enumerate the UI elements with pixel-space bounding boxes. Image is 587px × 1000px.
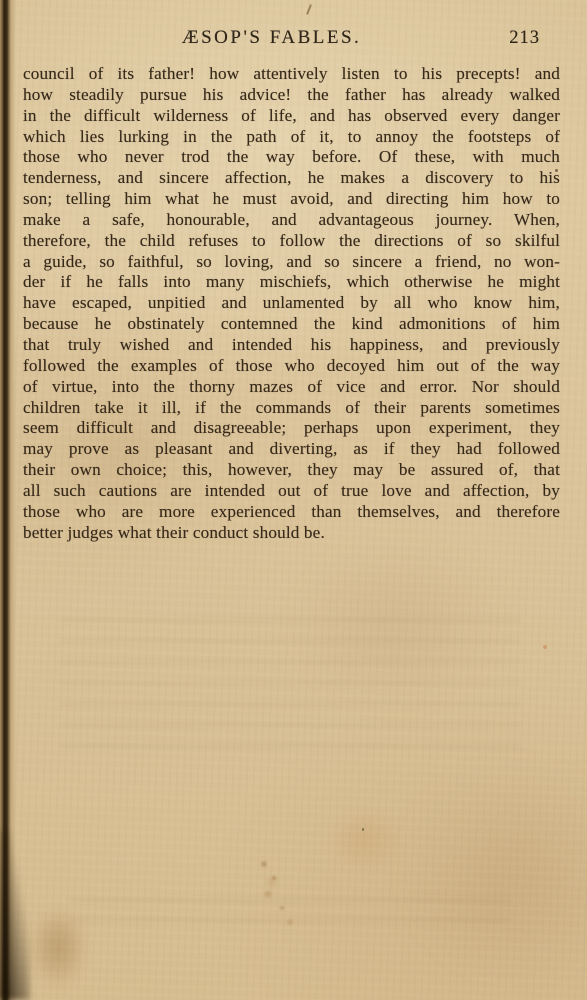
text-line: a guide, so faithful, so loving, and so … <box>23 252 560 273</box>
text-line: their own choice; this, however, they ma… <box>23 460 560 481</box>
verso-text-showthrough <box>70 898 510 938</box>
text-line: tenderness, and sincere affection, he ma… <box>23 168 560 189</box>
text-line: son; telling him what he must avoid, and… <box>23 189 560 210</box>
running-title: ÆSOP'S FABLES. <box>23 27 520 49</box>
ink-speck <box>362 828 364 831</box>
text-line: therefore, the child refuses to follow t… <box>23 231 560 252</box>
text-line: council of its father! how attentively l… <box>23 64 560 85</box>
binding-corner-shadow <box>0 830 30 1000</box>
text-line: because he obstinately contemned the kin… <box>23 314 560 335</box>
text-line: all such cautions are intended out of tr… <box>23 481 560 502</box>
text-line: in the difficult wilderness of life, and… <box>23 106 560 127</box>
text-line: may prove as pleasant and diverting, as … <box>23 439 560 460</box>
page-header: ÆSOP'S FABLES. 213 <box>23 27 560 51</box>
text-line: those who are more experienced than them… <box>23 502 560 523</box>
body-text-paragraph: council of its father! how attentively l… <box>23 64 560 543</box>
text-line: that truly wished and intended his happi… <box>23 335 560 356</box>
page-number: 213 <box>509 28 540 49</box>
paper-speckle-stain <box>242 852 312 932</box>
book-page-scan: ÆSOP'S FABLES. 213 council of its father… <box>0 0 587 1000</box>
text-line: how steadily pursue his advice! the fath… <box>23 85 560 106</box>
pen-mark <box>306 4 312 15</box>
verso-text-showthrough <box>60 618 520 758</box>
paper-stain <box>330 810 400 870</box>
text-line: have escaped, unpitied and unlamented by… <box>23 293 560 314</box>
text-line: der if he falls into many mischiefs, whi… <box>23 272 560 293</box>
text-line: seem difficult and disagreeable; perhaps… <box>23 418 560 439</box>
text-line: better judges what their conduct should … <box>23 523 560 544</box>
text-line: children take it ill, if the commands of… <box>23 398 560 419</box>
paper-stain <box>290 540 500 710</box>
text-line: followed the examples of those who decoy… <box>23 356 560 377</box>
paper-stain <box>28 905 88 990</box>
text-line: which lies lurking in the path of it, to… <box>23 127 560 148</box>
text-line: those who never trod the way before. Of … <box>23 147 560 168</box>
ink-speck <box>543 645 547 649</box>
text-line: make a safe, honourable, and advantageou… <box>23 210 560 231</box>
text-line: of virtue, into the thorny mazes of vice… <box>23 377 560 398</box>
paper-stain <box>400 760 587 980</box>
